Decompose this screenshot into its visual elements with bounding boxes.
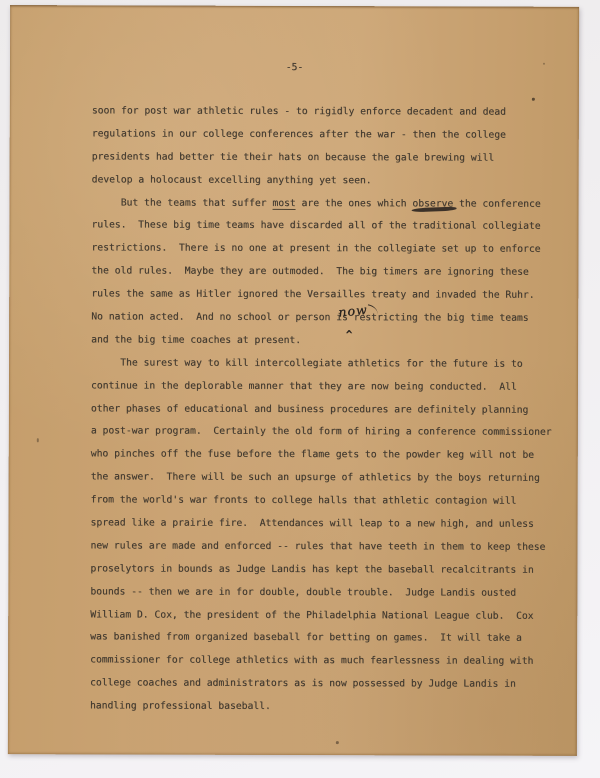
typed-text: spread like a prairie fire. Attendances …	[91, 517, 534, 529]
paper-speck	[543, 63, 545, 65]
typed-line: But the teams that suffer most are the o…	[92, 192, 578, 216]
typed-text: proselytors in bounds as Judge Landis ha…	[90, 563, 533, 575]
typed-text: develop a holocaust excelling anything y…	[92, 174, 372, 186]
pen-underlined-word: observe	[412, 198, 453, 209]
typed-text: But the teams that suffer	[92, 197, 273, 209]
typed-text: restricting the big time teams	[354, 312, 529, 324]
typed-text: was banished from organized baseball for…	[90, 632, 522, 644]
typed-line: the answer. There will be such an upsurg…	[91, 467, 577, 491]
typed-text: new rules are made and enforced -- rules…	[90, 540, 545, 552]
typed-text: rules the same as Hitler ignored the Ver…	[91, 288, 534, 300]
typed-underlined-word: most	[272, 197, 295, 209]
typed-text: restrictions. There is no one at present…	[91, 243, 540, 255]
typed-line: regulations in our college conferences a…	[92, 123, 578, 147]
typed-text: regulations in our college conferences a…	[92, 128, 506, 140]
typed-text: handling professional baseball.	[90, 701, 271, 713]
typed-line: continue in the deplorable manner that t…	[91, 375, 577, 399]
typed-line: No nation acted. And no school or person…	[91, 306, 577, 330]
typed-line: the old rules. Maybe they are outmoded. …	[91, 261, 577, 285]
typed-line: other phases of educational and business…	[91, 398, 577, 422]
typed-line: The surest way to kill intercollegiate a…	[91, 352, 577, 376]
text-block: soon for post war athletic rules - to ri…	[90, 100, 578, 720]
typed-line: rules. These big time teams have discard…	[91, 215, 577, 239]
typed-text: college coaches and administrators as is…	[90, 678, 516, 690]
typed-text: continue in the deplorable manner that t…	[91, 380, 517, 392]
typed-text: and the big time coaches at present.	[91, 334, 301, 346]
typed-line: spread like a prairie fire. Attendances …	[91, 512, 577, 536]
page-number: -5-	[10, 62, 579, 74]
typed-line: restrictions. There is no one at present…	[91, 238, 577, 262]
typed-line: soon for post war athletic rules - to ri…	[92, 100, 578, 124]
typed-text: a post-war program. Certainly the old fo…	[91, 426, 552, 438]
typed-text: commissioner for college athletics with …	[90, 655, 533, 667]
typed-text: presidents had better tie their hats on …	[92, 151, 494, 163]
typed-line: develop a holocaust excelling anything y…	[92, 169, 578, 193]
typed-line: rules the same as Hitler ignored the Ver…	[91, 283, 577, 307]
scan-backdrop: { "colors": { "paper": "#c7a070", "backd…	[0, 0, 600, 778]
typed-text: The surest way to kill intercollegiate a…	[91, 357, 523, 369]
typed-line: was banished from organized baseball for…	[90, 627, 576, 651]
paper-sheet: -5- soon for post war athletic rules - t…	[8, 5, 579, 756]
typed-text: who pinches off the fuse before the flam…	[91, 449, 534, 461]
typed-line: and the big time coaches at present.	[91, 329, 577, 353]
typed-text: rules. These big time teams have discard…	[91, 220, 540, 232]
insertion-caret-icon: ^	[346, 330, 353, 340]
typed-text: other phases of educational and business…	[91, 403, 528, 415]
typed-text: bounds -- then we are in for double, dou…	[90, 586, 516, 598]
typed-text: the answer. There will be such an upsurg…	[91, 472, 540, 484]
typed-line: who pinches off the fuse before the flam…	[91, 444, 577, 468]
typed-line: William D. Cox, the president of the Phi…	[90, 604, 576, 628]
typed-text: the old rules. Maybe they are outmoded. …	[91, 266, 528, 278]
typed-text: are the ones which	[296, 198, 413, 209]
typed-text: No nation acted. And no school or person…	[91, 311, 348, 323]
typed-line: presidents had better tie their hats on …	[92, 146, 578, 170]
typed-line: college coaches and administrators as is…	[90, 673, 576, 697]
typed-line: handling professional baseball.	[90, 696, 576, 720]
typed-line: proselytors in bounds as Judge Landis ha…	[90, 558, 576, 582]
typed-text: soon for post war athletic rules - to ri…	[92, 105, 506, 117]
paper-speck	[37, 438, 39, 442]
typed-line: a post-war program. Certainly the old fo…	[91, 421, 577, 445]
paper-speck	[532, 98, 535, 101]
typed-text: the conference	[453, 198, 541, 209]
typed-line: from the world's war fronts to college h…	[91, 490, 577, 514]
paper-speck	[336, 741, 339, 744]
typed-line: commissioner for college athletics with …	[90, 650, 576, 674]
typed-text: from the world's war fronts to college h…	[91, 495, 517, 507]
typed-text: William D. Cox, the president of the Phi…	[90, 609, 533, 621]
typed-line: bounds -- then we are in for double, dou…	[90, 581, 576, 605]
handwritten-insertion-word: now	[337, 304, 368, 319]
typed-line: new rules are made and enforced -- rules…	[90, 535, 576, 559]
